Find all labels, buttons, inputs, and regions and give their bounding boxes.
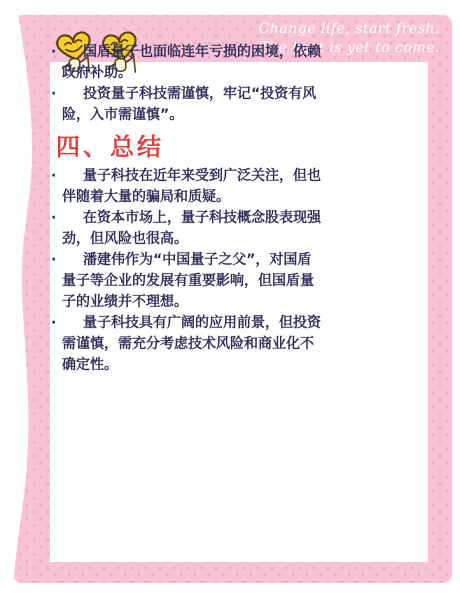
list-item: · 潘建伟作为“中国量子之父”，对国盾量子等企业的发展有重要影响，但国盾量子的业… [62,250,322,313]
list-item-text: 量子科技在近年来受到广泛关注，但也伴随着大量的骗局和质疑。 [62,168,321,205]
bullet-dot: · [51,42,56,63]
list-item: · 投资量子科技需谨慎，牢记“投资有风险，入市需谨慎”。 [62,84,322,126]
bullet-dot: · [51,250,56,271]
section-heading: 四、总结 [56,132,322,162]
list-item: · 国盾量子也面临连年亏损的困境，依赖政府补助。 [62,42,322,84]
notes-page: Change life, start fresh. The best is ye… [0,0,460,600]
list-item-text: 潘建伟作为“中国量子之父”，对国盾量子等企业的发展有重要影响，但国盾量子的业绩并… [62,252,314,310]
list-item-text: 量子科技具有广阔的应用前景，但投资需谨慎，需充分考虑技术风险和商业化不确定性。 [62,315,321,373]
notes-body: · 国盾量子也面临连年亏损的困境，依赖政府补助。 · 投资量子科技需谨慎，牢记“… [62,42,322,376]
bullet-dot: · [51,84,56,105]
bullet-dot: · [51,208,56,229]
motto-line-1: Change life, start fresh. [259,20,440,39]
list-item: · 量子科技在近年来受到广泛关注，但也伴随着大量的骗局和质疑。 [62,166,322,208]
list-item: · 量子科技具有广阔的应用前景，但投资需谨慎，需充分考虑技术风险和商业化不确定性… [62,313,322,376]
list-item: · 在资本市场上，量子科技概念股表现强劲，但风险也很高。 [62,208,322,250]
list-item-text: 国盾量子也面临连年亏损的困境，依赖政府补助。 [62,44,321,81]
list-item-text: 投资量子科技需谨慎，牢记“投资有风险，入市需谨慎”。 [62,86,316,123]
bullet-dot: · [51,313,56,334]
bullet-dot: · [51,166,56,187]
list-item-text: 在资本市场上，量子科技概念股表现强劲，但风险也很高。 [62,210,321,247]
left-wave-decoration [0,0,40,600]
